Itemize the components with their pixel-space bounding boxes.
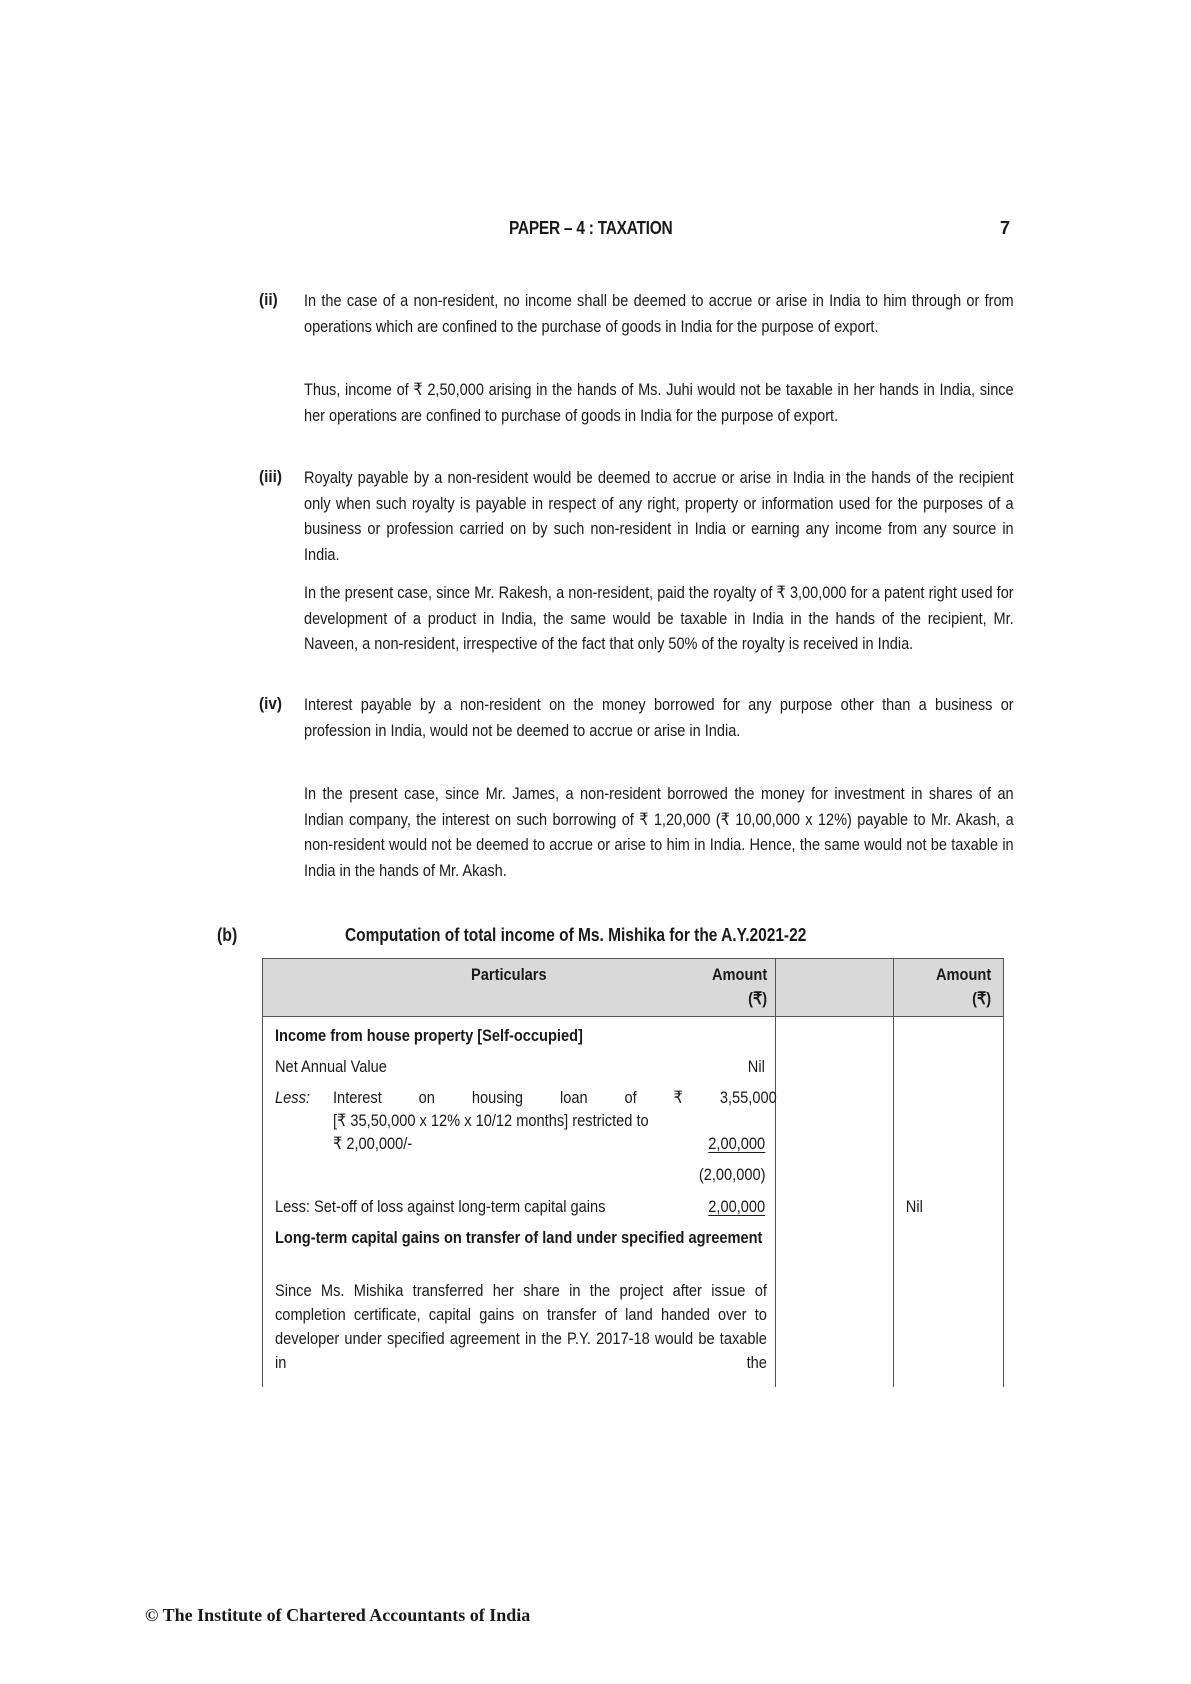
column-header-amount-1: Amount: [712, 963, 767, 987]
less-label: Less:: [275, 1086, 310, 1110]
currency-label: (₹): [972, 987, 991, 1011]
computation-table: Particulars Amount (₹) Amount (₹) Income…: [262, 958, 1004, 1387]
page-header: PAPER – 4 : TAXATION 7: [0, 218, 1191, 242]
row-label-setoff: Less: Set-off of loss against long-term …: [275, 1195, 605, 1219]
row-label-interest: Interest on housing loan of ₹ 3,55,000: [333, 1086, 777, 1110]
paper-title: PAPER – 4 : TAXATION: [509, 218, 672, 239]
row-label-interest-calc: [₹ 35,50,000 x 12% x 10/12 months] restr…: [333, 1109, 649, 1133]
section-b-heading: (b) Computation of total income of Ms. M…: [0, 925, 1191, 951]
row-amount-setoff: 2,00,000: [708, 1195, 765, 1219]
column-divider: [775, 959, 776, 1387]
paragraph: In the present case, since Mr. James, a …: [304, 781, 1014, 883]
row-heading-house-property: Income from house property [Self-occupie…: [275, 1024, 583, 1048]
paragraph: Royalty payable by a non-resident would …: [304, 465, 1014, 567]
item-number: (ii): [259, 290, 278, 310]
row-total-setoff: Nil: [906, 1195, 923, 1219]
column-header-amount-2: Amount: [936, 963, 991, 987]
paragraph: Interest payable by a non-resident on th…: [304, 692, 1014, 743]
column-divider: [893, 959, 894, 1387]
row-amount-loss: (2,00,000): [698, 1163, 765, 1187]
item-number: (iv): [259, 694, 282, 714]
table-header: Particulars Amount (₹) Amount (₹): [263, 959, 1003, 1017]
row-heading-ltcg: Long-term capital gains on transfer of l…: [275, 1226, 767, 1250]
copyright-footer: © The Institute of Chartered Accountants…: [145, 1605, 530, 1626]
row-amount-nav: Nil: [748, 1055, 765, 1079]
row-text-ltcg: Since Ms. Mishika transferred her share …: [275, 1279, 767, 1375]
currency-label: (₹): [748, 987, 767, 1011]
section-label: (b): [217, 925, 237, 946]
paragraph: Thus, income of ₹ 2,50,000 arising in th…: [304, 377, 1014, 428]
paragraph: In the present case, since Mr. Rakesh, a…: [304, 580, 1014, 657]
row-label-nav: Net Annual Value: [275, 1055, 387, 1079]
paragraph: In the case of a non-resident, no income…: [304, 288, 1014, 339]
row-label-interest-cap: ₹ 2,00,000/-: [333, 1132, 412, 1156]
item-number: (iii): [259, 467, 282, 487]
computation-title: Computation of total income of Ms. Mishi…: [345, 925, 806, 946]
row-amount-interest: 2,00,000: [708, 1132, 765, 1156]
page-number: 7: [1000, 218, 1010, 239]
column-header-particulars: Particulars: [471, 963, 547, 987]
